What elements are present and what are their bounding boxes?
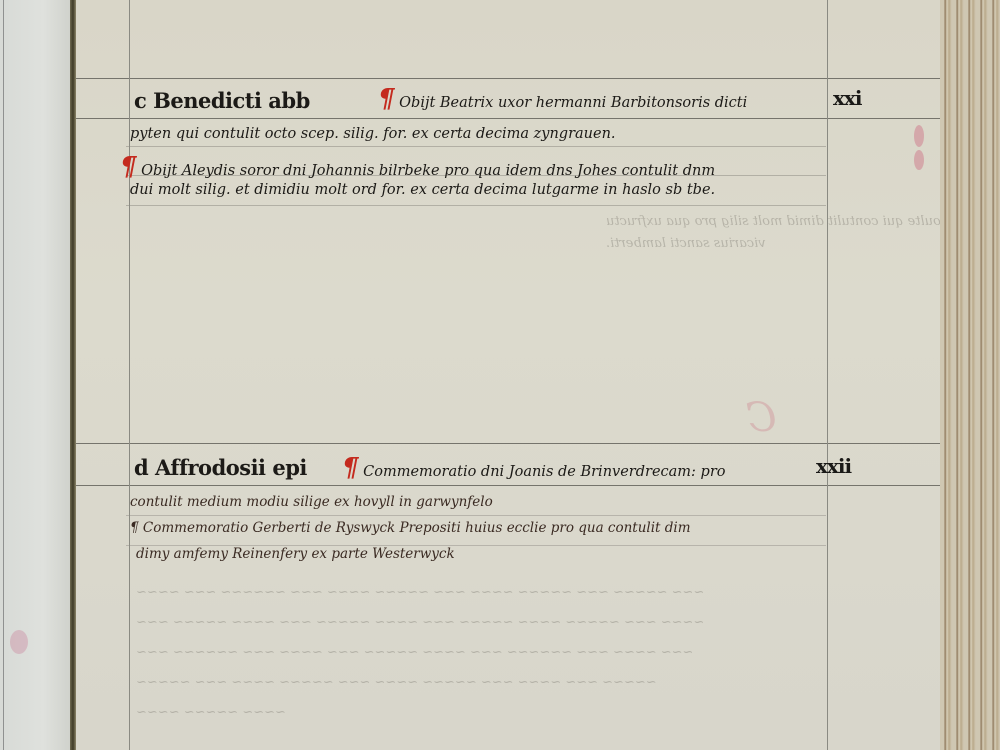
- bleed-through-rubric: C: [746, 395, 777, 441]
- bleed-through-line: ~~~~ ~~~ ~~~~~ ~~~~ ~~~~~ ~~~ ~~~~ ~~~~~…: [136, 615, 704, 630]
- facing-page-left: [0, 0, 72, 750]
- entry-line: pyten qui contulit octo scep. silig. for…: [130, 126, 616, 142]
- ruling-line: [827, 0, 828, 750]
- pink-stain: [10, 630, 28, 654]
- entry-line: dimy amfemy Reinenfery ex parte Westerwy…: [136, 546, 455, 562]
- entry-line: ¶ Commemoratio dni Joanis de Brinverdrec…: [342, 453, 726, 483]
- entry-heading: d Affrodosii epi: [134, 455, 307, 480]
- ruling-line: [126, 146, 826, 147]
- pink-stain: [914, 125, 924, 147]
- bleed-through-line: ~~~ ~~~~ ~~~ ~~~~~~ ~~~ ~~~~ ~~~~~ ~~~ ~…: [136, 645, 693, 660]
- pink-stain: [914, 150, 924, 170]
- saint-name: Benedicti abb: [153, 88, 310, 113]
- bleed-through-line: ~~~ ~~~~~ ~~~ ~~~~~ ~~~~ ~~~ ~~~~~ ~~~~ …: [136, 585, 704, 600]
- bleed-through-line: vicarius sancti lamberti.: [606, 236, 766, 251]
- page-edges-stack: [940, 0, 1000, 750]
- ruling-line: [126, 515, 826, 516]
- entry-line: dui molt silig. et dimidiu molt ord for.…: [130, 182, 715, 198]
- bleed-through-line: ~~~~ ~~~~~ ~~~~: [136, 705, 286, 720]
- manuscript-page: Obijt Gerardus de oulte qui contulit dim…: [76, 0, 946, 750]
- ruling-line: [76, 78, 946, 79]
- rubric-paragraph-mark: ¶: [342, 453, 359, 483]
- day-letter: d: [134, 455, 148, 480]
- ruling-line: [129, 0, 130, 750]
- bleed-through-line: ~~~~~ ~~~ ~~~~ ~~~ ~~~~~ ~~~~ ~~~ ~~~~~ …: [136, 675, 657, 690]
- entry-line: contulit medium modiu silige ex hovyll i…: [130, 494, 493, 510]
- ruling-line: [76, 443, 946, 444]
- ruling-line: [3, 0, 4, 750]
- ruling-line: [76, 118, 946, 119]
- rubric-paragraph-mark: ¶: [120, 152, 137, 182]
- paragraph-mark: ¶: [130, 520, 143, 536]
- rubric-paragraph-mark: ¶: [378, 84, 395, 114]
- entry-line: ¶ Obijt Aleydis soror dni Johannis bilrb…: [120, 152, 715, 182]
- entry-line: ¶ Commemoratio Gerberti de Ryswyck Prepo…: [130, 520, 691, 536]
- ruling-line: [126, 205, 826, 206]
- day-numeral: xxii: [816, 454, 851, 478]
- entry-heading: c Benedicti abb: [134, 88, 310, 113]
- saint-name: Affrodosii epi: [155, 455, 307, 480]
- day-numeral: xxi: [833, 86, 861, 110]
- entry-line: ¶ Obijt Beatrix uxor hermanni Barbitonso…: [378, 84, 747, 114]
- day-letter: c: [134, 88, 146, 113]
- ruling-line: [76, 485, 946, 486]
